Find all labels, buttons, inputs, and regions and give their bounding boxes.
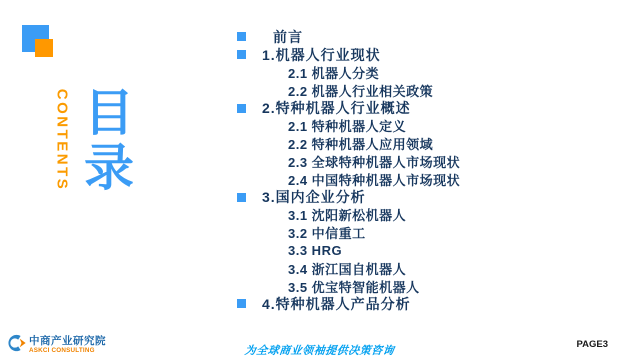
toc-item: 3.国内企业分析 [237,188,460,206]
contents-vertical-label: CONTENTS [54,89,71,192]
toc-item-label: 2.1 机器人分类 [288,63,379,82]
toc-item: 2.2 机器人行业相关政策 [237,81,460,99]
toc-item: 前言 [237,28,460,46]
bullet-square-icon [237,193,246,202]
toc-item: 2.4 中国特种机器人市场现状 [237,170,460,188]
toc-item-label: 3.1 沈阳新松机器人 [288,205,406,224]
toc-item-label: 2.4 中国特种机器人市场现状 [288,170,460,189]
bullet-square-icon [237,104,246,113]
toc-item: 3.2 中信重工 [237,224,460,242]
toc-item: 3.3 HRG [237,242,460,260]
toc-item: 1.机器人行业现状 [237,46,460,64]
toc-item: 2.3 全球特种机器人市场现状 [237,153,460,171]
toc-item: 4.特种机器人产品分析 [237,295,460,313]
toc-item: 3.1 沈阳新松机器人 [237,206,460,224]
toc-item-label: 2.特种机器人行业概述 [262,98,411,118]
toc-slide: CONTENTS 目录 前言 1.机器人行业现状 2.1 机器人分类 2.2 机… [0,0,625,360]
footer-slogan: 为全球商业领袖提供决策咨询 [6,342,625,358]
toc-item: 2.特种机器人行业概述 [237,99,460,117]
toc-item-label: 2.2 特种机器人应用领域 [288,134,433,153]
bullet-square-icon [237,32,246,41]
bullet-square-icon [237,299,246,308]
bullet-square-icon [237,50,246,59]
toc-item-label: 2.3 全球特种机器人市场现状 [288,152,460,171]
toc-item: 3.5 优宝特智能机器人 [237,277,460,295]
toc-item-label: 3.5 优宝特智能机器人 [288,277,420,296]
toc-item-label: 3.国内企业分析 [262,187,366,207]
toc-item: 2.1 机器人分类 [237,64,460,82]
toc-item-label: 3.4 浙江国自机器人 [288,259,406,278]
toc-item-label: 3.2 中信重工 [288,223,366,242]
toc-list: 前言 1.机器人行业现状 2.1 机器人分类 2.2 机器人行业相关政策 2.特… [237,28,460,313]
toc-item: 2.1 特种机器人定义 [237,117,460,135]
toc-item-label: 3.3 HRG [288,243,342,258]
deco-square-orange [35,39,53,57]
toc-item: 3.4 浙江国自机器人 [237,259,460,277]
page-title: 目录 [80,86,130,196]
toc-item-label: 2.1 特种机器人定义 [288,116,406,135]
page-number: PAGE3 [576,339,608,350]
toc-item-label: 4.特种机器人产品分析 [262,294,411,314]
toc-item-label: 2.2 机器人行业相关政策 [288,81,433,100]
toc-item-label: 1.机器人行业现状 [262,45,381,65]
toc-item: 2.2 特种机器人应用领域 [237,135,460,153]
